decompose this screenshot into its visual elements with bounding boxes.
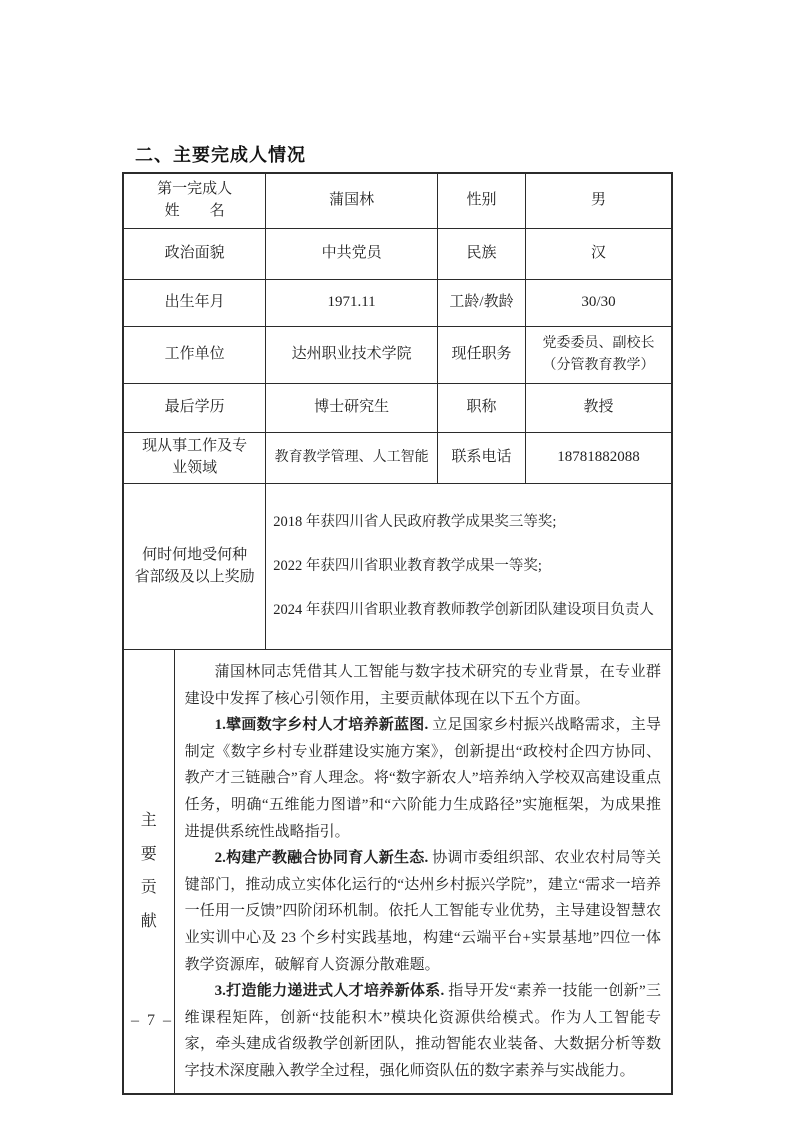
field-value-gender: 男 [526, 174, 671, 228]
document-page: 二、主要完成人情况 第一完成人 姓 名 蒲国林 性别 男 政治面貌 中共党员 民… [0, 0, 793, 1122]
field-value-name: 蒲国林 [266, 174, 438, 228]
field-label-awards: 何时何地受何种 省部级及以上奖励 [124, 484, 266, 649]
field-label-political: 政治面貌 [124, 229, 266, 279]
paragraph-text-run: 协调市委组织部、农业农村局等关键部门，推动成立实体化运行的“达州乡村振兴学院”，… [185, 850, 661, 972]
page-number: – 7 – [131, 1012, 173, 1030]
field-label-name: 第一完成人 姓 名 [124, 174, 266, 228]
field-label-seniority: 工龄/教龄 [438, 280, 526, 326]
table-row: 现从事工作及专 业领域 教育教学管理、人工智能 联系电话 18781882088 [124, 433, 671, 484]
contribution-paragraph-1: 1.擘画数字乡村人才培养新蓝图. 立足国家乡村振兴战略需求，主导制定《数字乡村专… [185, 712, 661, 845]
field-label-position: 现任职务 [438, 327, 526, 383]
field-value-work-field: 教育教学管理、人工智能 [266, 433, 438, 483]
field-label-title: 职称 [438, 384, 526, 432]
field-label-phone: 联系电话 [438, 433, 526, 483]
table-row: 工作单位 达州职业技术学院 现任职务 党委委员、副校长 （分管教育教学） [124, 327, 671, 384]
field-value-title: 教授 [526, 384, 671, 432]
paragraph-heading-run: 1.擘画数字乡村人才培养新蓝图. [215, 717, 429, 733]
field-label-ethnicity: 民族 [438, 229, 526, 279]
field-value-education: 博士研究生 [266, 384, 438, 432]
section-title: 二、主要完成人情况 [135, 141, 306, 167]
table-row: 最后学历 博士研究生 职称 教授 [124, 384, 671, 433]
field-value-seniority: 30/30 [526, 280, 671, 326]
paragraph-text-run: 立足国家乡村振兴战略需求，主导制定《数字乡村专业群建设实施方案》，创新提出“政校… [185, 717, 661, 839]
field-value-phone: 18781882088 [526, 433, 671, 483]
field-value-awards: 2018 年获四川省人民政府教学成果奖三等奖; 2022 年获四川省职业教育教学… [266, 484, 671, 649]
table-row: 政治面貌 中共党员 民族 汉 [124, 229, 671, 280]
field-value-workunit: 达州职业技术学院 [266, 327, 438, 383]
field-value-political: 中共党员 [266, 229, 438, 279]
field-value-position: 党委委员、副校长 （分管教育教学） [526, 327, 671, 383]
field-value-birthdate: 1971.11 [266, 280, 438, 326]
field-label-gender: 性别 [438, 174, 526, 228]
field-value-ethnicity: 汉 [526, 229, 671, 279]
paragraph-text-run: 蒲国林同志凭借其人工智能与数字技术研究的专业背景，在专业群建设中发挥了核心引领作… [185, 664, 661, 707]
award-line-2022: 2022 年获四川省职业教育教学成果一等奖; [273, 555, 654, 578]
contribution-row: 主要贡献 蒲国林同志凭借其人工智能与数字技术研究的专业背景，在专业群建设中发挥了… [124, 650, 671, 1093]
completer-info-table: 第一完成人 姓 名 蒲国林 性别 男 政治面貌 中共党员 民族 汉 出生年月 1… [122, 172, 673, 1095]
table-row: 第一完成人 姓 名 蒲国林 性别 男 [124, 174, 671, 229]
award-line-2024: 2024 年获四川省职业教育教师教学创新团队建设项目负责人 [273, 599, 654, 622]
contribution-paragraph-intro: 蒲国林同志凭借其人工智能与数字技术研究的专业背景，在专业群建设中发挥了核心引领作… [185, 659, 661, 712]
field-label-education: 最后学历 [124, 384, 266, 432]
contribution-paragraph-2: 2.构建产教融合协同育人新生态. 协调市委组织部、农业农村局等关键部门，推动成立… [185, 845, 661, 978]
field-label-work-field: 现从事工作及专 业领域 [124, 433, 266, 483]
field-label-workunit: 工作单位 [124, 327, 266, 383]
table-row: 出生年月 1971.11 工龄/教龄 30/30 [124, 280, 671, 327]
contribution-paragraph-3: 3.打造能力递进式人才培养新体系. 指导开发“素养一技能一创新”三维课程矩阵，创… [185, 978, 661, 1084]
field-value-main-contribution: 蒲国林同志凭借其人工智能与数字技术研究的专业背景，在专业群建设中发挥了核心引领作… [175, 650, 671, 1093]
vertical-label-text: 主要贡献 [140, 804, 158, 938]
paragraph-heading-run: 2.构建产教融合协同育人新生态. [215, 850, 429, 866]
paragraph-heading-run: 3.打造能力递进式人才培养新体系. [215, 983, 445, 999]
awards-row: 何时何地受何种 省部级及以上奖励 2018 年获四川省人民政府教学成果奖三等奖;… [124, 484, 671, 650]
field-label-birthdate: 出生年月 [124, 280, 266, 326]
award-line-2018: 2018 年获四川省人民政府教学成果奖三等奖; [273, 511, 654, 534]
